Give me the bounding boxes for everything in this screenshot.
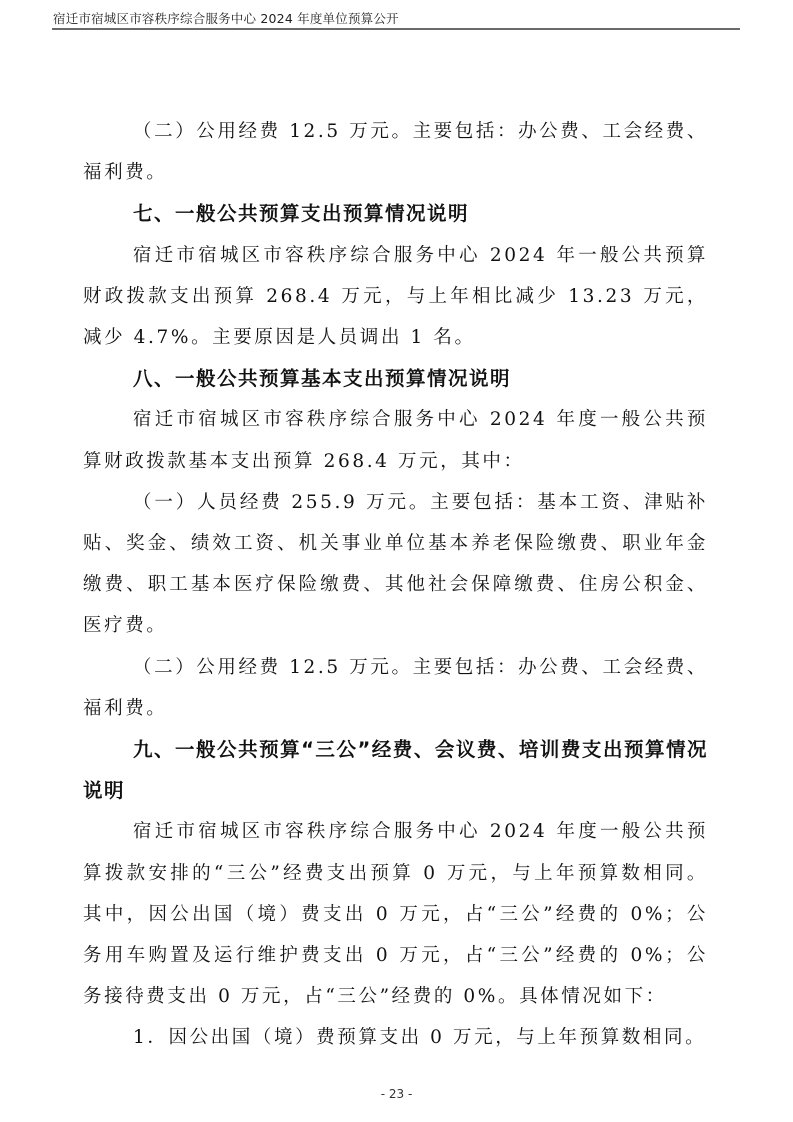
header-divider <box>52 28 740 30</box>
section-heading-9: 九、一般公共预算“三公”经费、会议费、培训费支出预算情况说明 <box>83 729 708 811</box>
document-body: （二）公用经费 12.5 万元。主要包括：办公费、工会经费、福利费。 七、一般公… <box>83 111 708 1059</box>
document-header: 宿迁市宿城区市容秩序综合服务中心 2024 年度单位预算公开 <box>53 9 399 27</box>
paragraph-public-funds: （二）公用经费 12.5 万元。主要包括：办公费、工会经费、福利费。 <box>83 111 708 193</box>
paragraph-overseas-travel: 1．因公出国（境）费预算支出 0 万元，与上年预算数相同。 <box>83 1017 708 1058</box>
paragraph-basic-expenditure: 宿迁市宿城区市容秩序综合服务中心 2024 年度一般公共预算财政拨款基本支出预算… <box>83 399 708 481</box>
page-number: - 23 - <box>0 1087 793 1101</box>
section-heading-7: 七、一般公共预算支出预算情况说明 <box>83 193 708 234</box>
section-heading-8: 八、一般公共预算基本支出预算情况说明 <box>83 358 708 399</box>
paragraph-public-funds-2: （二）公用经费 12.5 万元。主要包括：办公费、工会经费、福利费。 <box>83 647 708 729</box>
paragraph-personnel-funds: （一）人员经费 255.9 万元。主要包括：基本工资、津贴补贴、奖金、绩效工资、… <box>83 482 708 647</box>
paragraph-three-public-funds: 宿迁市宿城区市容秩序综合服务中心 2024 年度一般公共预算拨款安排的“三公”经… <box>83 811 708 1017</box>
paragraph-general-budget: 宿迁市宿城区市容秩序综合服务中心 2024 年一般公共预算财政拨款支出预算 26… <box>83 235 708 359</box>
